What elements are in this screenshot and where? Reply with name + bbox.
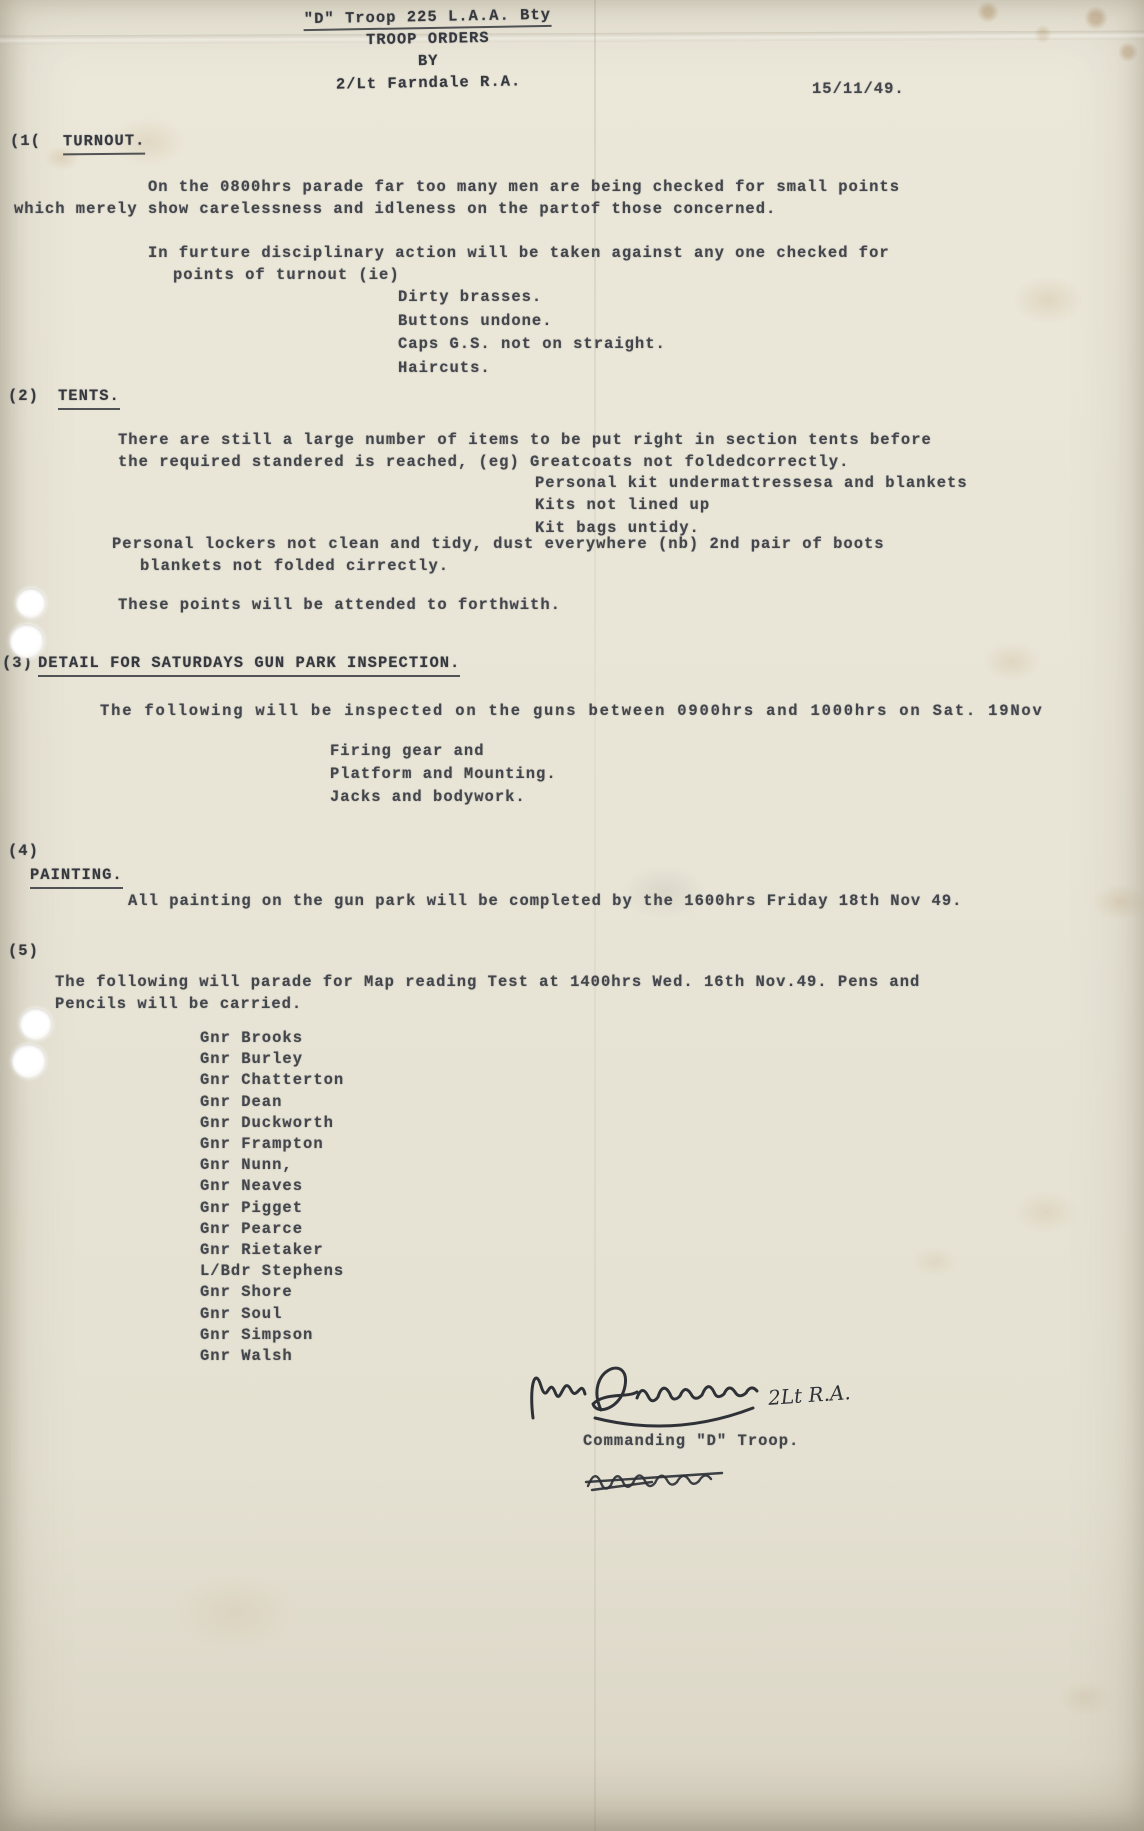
paper-fold-line: [594, 0, 596, 1831]
section2-heading: TENTS.: [58, 385, 120, 410]
turnout-list: Dirty brasses. Buttons undone. Caps G.S.…: [398, 286, 666, 380]
paragraph-line: There are still a large number of items …: [118, 429, 932, 451]
list-item: Kits not lined up: [535, 494, 968, 516]
troop-member-name: Gnr Pigget: [200, 1198, 344, 1219]
troop-member-name: Gnr Shore: [200, 1282, 344, 1303]
paragraph-line: The following will be inspected on the g…: [100, 700, 1044, 722]
hole-punch: [20, 1008, 52, 1040]
troop-member-name: Gnr Chatterton: [200, 1070, 344, 1091]
paragraph-line: the required standered is reached, (eg) …: [118, 451, 849, 473]
troop-member-name: Gnr Rietaker: [200, 1240, 344, 1261]
paragraph-line: These points will be attended to forthwi…: [118, 594, 561, 616]
section1-heading: TURNOUT.: [63, 130, 146, 156]
document-page: "D" Troop 225 L.A.A. Bty TROOP ORDERS BY…: [0, 0, 1144, 1831]
officer-name: 2/Lt Farndale R.A.: [268, 69, 588, 97]
paragraph-line: The following will parade for Map readin…: [55, 971, 920, 993]
troop-member-name: Gnr Nunn,: [200, 1155, 344, 1176]
troop-member-name: Gnr Burley: [200, 1049, 344, 1070]
troop-member-name: Gnr Neaves: [200, 1176, 344, 1197]
unit-title: "D" Troop 225 L.A.A. Bty: [267, 3, 587, 31]
troop-member-name: Gnr Dean: [200, 1092, 344, 1113]
troop-member-name: Gnr Simpson: [200, 1325, 344, 1346]
list-item: Haircuts.: [398, 357, 666, 381]
signature-scribble: [582, 1460, 732, 1500]
list-item: Dirty brasses.: [398, 286, 666, 310]
tents-list: Personal kit undermattressesa and blanke…: [535, 472, 968, 539]
section4-heading: PAINTING.: [30, 864, 123, 889]
section2-number: (2): [8, 385, 39, 407]
troop-member-name: Gnr Frampton: [200, 1134, 344, 1155]
list-item: Jacks and bodywork.: [330, 786, 557, 809]
section5-number: (5): [8, 940, 39, 962]
list-item: Buttons undone.: [398, 310, 666, 334]
hole-punch: [12, 1044, 46, 1078]
paragraph-line: All painting on the gun park will be com…: [128, 890, 962, 912]
hole-punch: [10, 624, 44, 658]
signature-farndale: [525, 1352, 775, 1442]
document-date: 15/11/49.: [812, 78, 905, 100]
troop-member-name: Gnr Pearce: [200, 1219, 344, 1240]
document-header: "D" Troop 225 L.A.A. Bty TROOP ORDERS BY…: [267, 3, 588, 97]
troop-member-name: L/Bdr Stephens: [200, 1261, 344, 1282]
troop-member-name: Gnr Duckworth: [200, 1113, 344, 1134]
paragraph-line: which merely show carelessness and idlen…: [14, 198, 776, 220]
handwritten-rank: 2Lt R.A.: [767, 1380, 851, 1410]
inspection-list: Firing gear and Platform and Mounting. J…: [330, 740, 557, 809]
list-item: Firing gear and: [330, 740, 557, 763]
commanding-line: Commanding "D" Troop.: [583, 1430, 799, 1452]
section3-heading: DETAIL FOR SATURDAYS GUN PARK INSPECTION…: [38, 652, 460, 677]
paragraph-line: On the 0800hrs parade far too many men a…: [148, 176, 900, 198]
section4-number: (4): [8, 840, 39, 862]
section1-number: (1(: [10, 130, 41, 152]
troop-member-name: Gnr Walsh: [200, 1346, 344, 1367]
paragraph-line: Pencils will be carried.: [55, 993, 302, 1015]
list-item: Platform and Mounting.: [330, 763, 557, 786]
hole-punch: [16, 588, 46, 618]
list-item: Personal kit undermattressesa and blanke…: [535, 472, 968, 494]
paragraph-line: points of turnout (ie): [173, 264, 400, 286]
parade-name-list: Gnr Brooks Gnr Burley Gnr Chatterton Gnr…: [200, 1028, 344, 1367]
troop-member-name: Gnr Soul: [200, 1304, 344, 1325]
paragraph-line: Personal lockers not clean and tidy, dus…: [112, 533, 885, 555]
paragraph-line: In furture disciplinary action will be t…: [148, 242, 890, 264]
troop-member-name: Gnr Brooks: [200, 1028, 344, 1049]
paragraph-line: blankets not folded cirrectly.: [140, 555, 449, 577]
list-item: Caps G.S. not on straight.: [398, 333, 666, 357]
